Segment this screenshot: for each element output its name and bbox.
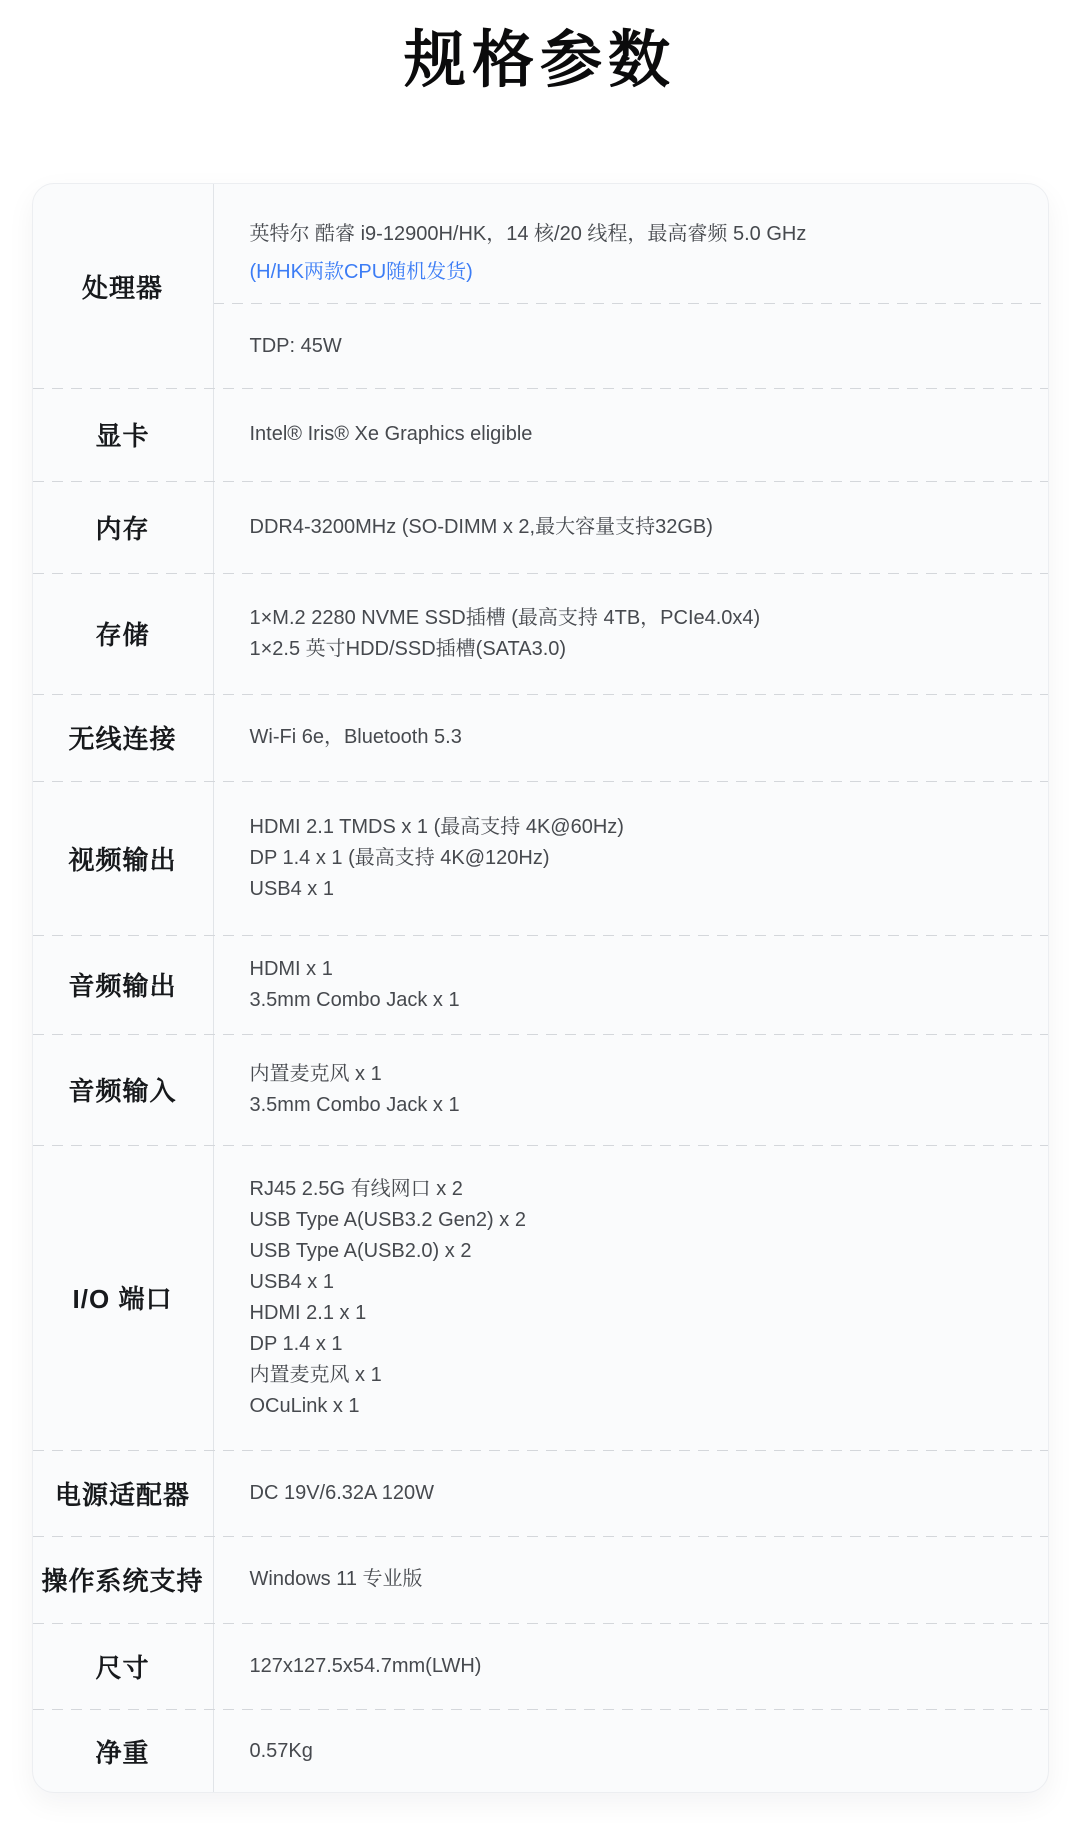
spec-value-line: 内置麦克风 x 1 xyxy=(250,1059,1028,1090)
spec-table-card: 处理器 英特尔 酷睿 i9-12900H/HK，14 核/20 线程，最高睿频 … xyxy=(32,183,1049,1793)
spec-label-power-adapter: 电源适配器 xyxy=(33,1450,213,1536)
spec-row-video-output: 视频输出 HDMI 2.1 TMDS x 1 (最高支持 4K@60Hz) DP… xyxy=(33,781,1048,935)
spec-value-line: RJ45 2.5G 有线网口 x 2 xyxy=(250,1174,1028,1205)
spec-value-line: USB4 x 1 xyxy=(250,874,1028,905)
spec-row-storage: 存储 1×M.2 2280 NVME SSD插槽 (最高支持 4TB，PCIe4… xyxy=(33,573,1048,694)
spec-value-line: Windows 11 专业版 xyxy=(250,1564,1028,1595)
spec-row-memory: 内存 DDR4-3200MHz (SO-DIMM x 2,最大容量支持32GB) xyxy=(33,481,1048,573)
spec-value-cell: HDMI x 1 3.5mm Combo Jack x 1 xyxy=(213,935,1048,1034)
spec-label-video-output: 视频输出 xyxy=(33,781,213,935)
spec-row-os-support: 操作系统支持 Windows 11 专业版 xyxy=(33,1536,1048,1623)
spec-value-line: 英特尔 酷睿 i9-12900H/HK，14 核/20 线程，最高睿频 5.0 … xyxy=(250,219,1028,250)
spec-value-cell: 内置麦克风 x 1 3.5mm Combo Jack x 1 xyxy=(213,1034,1048,1145)
spec-value-cell: DDR4-3200MHz (SO-DIMM x 2,最大容量支持32GB) xyxy=(213,481,1048,573)
spec-value-cell: HDMI 2.1 TMDS x 1 (最高支持 4K@60Hz) DP 1.4 … xyxy=(213,781,1048,935)
spec-value-line: HDMI x 1 xyxy=(250,954,1028,985)
spec-value-cell: Wi-Fi 6e，Bluetooth 5.3 xyxy=(213,694,1048,781)
spec-value-line: 0.57Kg xyxy=(250,1736,1028,1767)
spec-label-processor: 处理器 xyxy=(33,184,213,388)
spec-value-line: OCuLink x 1 xyxy=(250,1391,1028,1422)
spec-value-line: 3.5mm Combo Jack x 1 xyxy=(250,1090,1028,1121)
spec-value-line: DC 19V/6.32A 120W xyxy=(250,1478,1028,1509)
spec-value-line: TDP: 45W xyxy=(250,331,1028,362)
spec-row-audio-input: 音频输入 内置麦克风 x 1 3.5mm Combo Jack x 1 xyxy=(33,1034,1048,1145)
spec-value-line: HDMI 2.1 x 1 xyxy=(250,1298,1028,1329)
spec-value-line: USB Type A(USB2.0) x 2 xyxy=(250,1236,1028,1267)
spec-value-line: Intel® Iris® Xe Graphics eligible xyxy=(250,419,1028,450)
spec-value-line: DP 1.4 x 1 (最高支持 4K@120Hz) xyxy=(250,843,1028,874)
spec-label-wireless: 无线连接 xyxy=(33,694,213,781)
spec-value-line: Wi-Fi 6e，Bluetooth 5.3 xyxy=(250,722,1028,753)
spec-value-cell: 1×M.2 2280 NVME SSD插槽 (最高支持 4TB，PCIe4.0x… xyxy=(213,573,1048,694)
spec-value-line: 内置麦克风 x 1 xyxy=(250,1360,1028,1391)
spec-row-net-weight: 净重 0.57Kg xyxy=(33,1709,1048,1793)
spec-value-line: USB4 x 1 xyxy=(250,1267,1028,1298)
spec-value-line: 1×M.2 2280 NVME SSD插槽 (最高支持 4TB，PCIe4.0x… xyxy=(250,603,1028,634)
spec-value-line: DP 1.4 x 1 xyxy=(250,1329,1028,1360)
spec-row-processor: 处理器 英特尔 酷睿 i9-12900H/HK，14 核/20 线程，最高睿频 … xyxy=(33,184,1048,388)
spec-value-line: 3.5mm Combo Jack x 1 xyxy=(250,985,1028,1016)
spec-value-cell: 英特尔 酷睿 i9-12900H/HK，14 核/20 线程，最高睿频 5.0 … xyxy=(213,184,1048,303)
spec-label-storage: 存储 xyxy=(33,573,213,694)
spec-row-dimensions: 尺寸 127x127.5x54.7mm(LWH) xyxy=(33,1623,1048,1709)
spec-row-wireless: 无线连接 Wi-Fi 6e，Bluetooth 5.3 xyxy=(33,694,1048,781)
spec-label-audio-input: 音频输入 xyxy=(33,1034,213,1145)
spec-row-io-ports: I/O 端口 RJ45 2.5G 有线网口 x 2 USB Type A(USB… xyxy=(33,1145,1048,1450)
spec-row-graphics: 显卡 Intel® Iris® Xe Graphics eligible xyxy=(33,388,1048,481)
spec-label-memory: 内存 xyxy=(33,481,213,573)
spec-value-cell: RJ45 2.5G 有线网口 x 2 USB Type A(USB3.2 Gen… xyxy=(213,1145,1048,1450)
spec-value-cell: DC 19V/6.32A 120W xyxy=(213,1450,1048,1536)
page-title: 规格参数 xyxy=(0,22,1080,100)
spec-value-cell: Windows 11 专业版 xyxy=(213,1536,1048,1623)
spec-row-power-adapter: 电源适配器 DC 19V/6.32A 120W xyxy=(33,1450,1048,1536)
spec-label-net-weight: 净重 xyxy=(33,1709,213,1793)
column-divider-line xyxy=(213,184,214,1792)
spec-value-line: USB Type A(USB3.2 Gen2) x 2 xyxy=(250,1205,1028,1236)
spec-label-os-support: 操作系统支持 xyxy=(33,1536,213,1623)
spec-value-cell: TDP: 45W xyxy=(213,304,1048,388)
spec-value-note-blue: (H/HK两款CPU随机发货) xyxy=(250,257,1028,288)
spec-value-line: 1×2.5 英寸HDD/SSD插槽(SATA3.0) xyxy=(250,634,1028,665)
spec-label-io-ports: I/O 端口 xyxy=(33,1145,213,1450)
spec-label-dimensions: 尺寸 xyxy=(33,1623,213,1709)
spec-value-line: HDMI 2.1 TMDS x 1 (最高支持 4K@60Hz) xyxy=(250,812,1028,843)
spec-value-cell: Intel® Iris® Xe Graphics eligible xyxy=(213,388,1048,481)
spec-row-audio-output: 音频输出 HDMI x 1 3.5mm Combo Jack x 1 xyxy=(33,935,1048,1034)
spec-value-cell: 127x127.5x54.7mm(LWH) xyxy=(213,1623,1048,1709)
spec-label-graphics: 显卡 xyxy=(33,388,213,481)
spec-label-audio-output: 音频输出 xyxy=(33,935,213,1034)
spec-value-cell: 0.57Kg xyxy=(213,1709,1048,1793)
spec-value-line: 127x127.5x54.7mm(LWH) xyxy=(250,1651,1028,1682)
spec-value-line: DDR4-3200MHz (SO-DIMM x 2,最大容量支持32GB) xyxy=(250,512,1028,543)
